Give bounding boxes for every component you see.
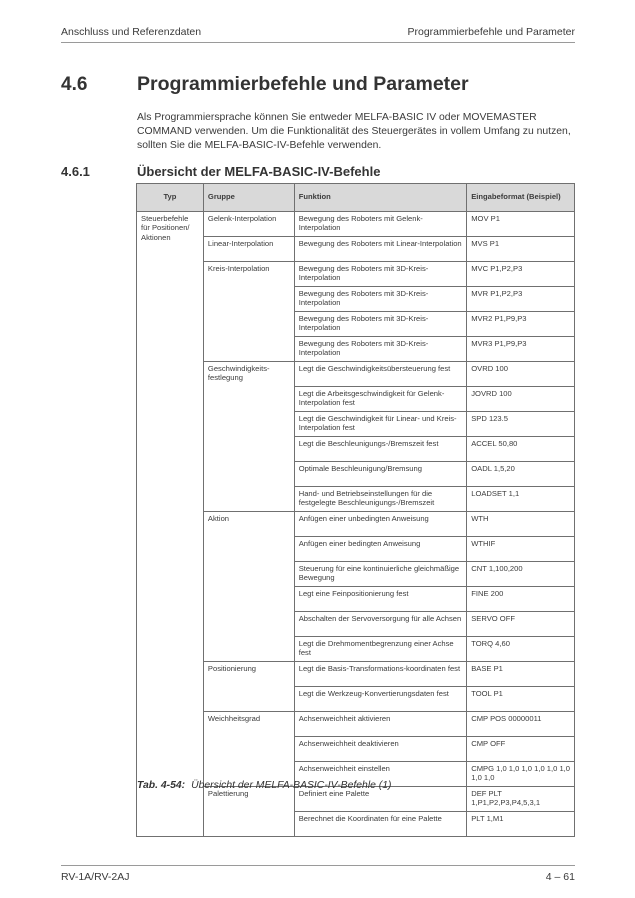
cell-funktion: Bewegung des Roboters mit 3D-Kreis-Inter… — [294, 287, 467, 312]
cell-eingabeformat: MVC P1,P2,P3 — [467, 262, 575, 287]
caption-text: Übersicht der MELFA-BASIC-IV-Befehle (1) — [191, 780, 391, 791]
cell-gruppe: Weichheitsgrad — [203, 712, 294, 787]
cell-gruppe: Linear-Interpolation — [203, 237, 294, 262]
cell-funktion: Bewegung des Roboters mit 3D-Kreis-Inter… — [294, 312, 467, 337]
column-header-eingabeformat: Eingabeformat (Beispiel) — [467, 184, 575, 212]
cell-eingabeformat: SERVO OFF — [467, 612, 575, 637]
cell-eingabeformat: CNT 1,100,200 — [467, 562, 575, 587]
cell-funktion: Optimale Beschleunigung/Bremsung — [294, 462, 467, 487]
cell-eingabeformat: MOV P1 — [467, 212, 575, 237]
cell-funktion: Legt die Geschwindigkeitsübersteuerung f… — [294, 362, 467, 387]
table-body: Steuerbefehle für Positionen/ AktionenGe… — [137, 212, 575, 837]
section-number: 4.6 — [61, 74, 87, 96]
cell-gruppe: Kreis-Interpolation — [203, 262, 294, 362]
cell-eingabeformat: OVRD 100 — [467, 362, 575, 387]
cell-eingabeformat: DEF PLT 1,P1,P2,P3,P4,5,3,1 — [467, 787, 575, 812]
cell-eingabeformat: MVR3 P1,P9,P3 — [467, 337, 575, 362]
cell-gruppe: Positionierung — [203, 662, 294, 712]
cell-funktion: Legt die Werkzeug-Konvertierungsdaten fe… — [294, 687, 467, 712]
section-title: Programmierbefehle und Parameter — [137, 73, 469, 96]
running-header: Anschluss und Referenzdaten Programmierb… — [61, 24, 575, 43]
cell-eingabeformat: BASE P1 — [467, 662, 575, 687]
cell-eingabeformat: CMP POS 00000011 — [467, 712, 575, 737]
cell-funktion: Legt die Drehmomentbegrenzung einer Achs… — [294, 637, 467, 662]
table-row: Steuerbefehle für Positionen/ AktionenGe… — [137, 212, 575, 237]
cell-eingabeformat: TORQ 4,60 — [467, 637, 575, 662]
cell-eingabeformat: CMPG 1,0 1,0 1,0 1,0 1,0 1,0 1,0 1,0 — [467, 762, 575, 787]
cell-funktion: Berechnet die Koordinaten für eine Palet… — [294, 812, 467, 837]
table-caption: Tab. 4-54:Übersicht der MELFA-BASIC-IV-B… — [137, 780, 392, 791]
footer-model: RV-1A/RV-2AJ — [61, 871, 129, 883]
cell-eingabeformat: MVR2 P1,P9,P3 — [467, 312, 575, 337]
cell-funktion: Legt die Beschleunigungs-/Bremszeit fest — [294, 437, 467, 462]
cell-eingabeformat: WTHIF — [467, 537, 575, 562]
cell-eingabeformat: MVS P1 — [467, 237, 575, 262]
cell-funktion: Legt die Arbeitsgeschwindigkeit für Gele… — [294, 387, 467, 412]
cell-gruppe: Aktion — [203, 512, 294, 662]
column-header-gruppe: Gruppe — [203, 184, 294, 212]
cell-eingabeformat: WTH — [467, 512, 575, 537]
cell-funktion: Bewegung des Roboters mit 3D-Kreis-Inter… — [294, 337, 467, 362]
cell-funktion: Anfügen einer unbedingten Anweisung — [294, 512, 467, 537]
cell-gruppe: Palettierung — [203, 787, 294, 837]
cell-eingabeformat: TOOL P1 — [467, 687, 575, 712]
page-number: 4 – 61 — [546, 871, 575, 883]
cell-eingabeformat: SPD 123.5 — [467, 412, 575, 437]
cell-typ: Steuerbefehle für Positionen/ Aktionen — [137, 212, 204, 837]
cell-eingabeformat: ACCEL 50,80 — [467, 437, 575, 462]
cell-funktion: Achsenweichheit aktivieren — [294, 712, 467, 737]
header-chapter: Anschluss und Referenzdaten — [61, 26, 201, 38]
cell-eingabeformat: MVR P1,P2,P3 — [467, 287, 575, 312]
cell-gruppe: Gelenk-Interpolation — [203, 212, 294, 237]
cell-eingabeformat: PLT 1,M1 — [467, 812, 575, 837]
cell-funktion: Legt eine Feinpositionierung fest — [294, 587, 467, 612]
caption-label: Tab. 4-54: — [137, 780, 185, 791]
cell-funktion: Hand- und Betriebseinstellungen für die … — [294, 487, 467, 512]
cell-funktion: Steuerung für eine kontinuierliche gleic… — [294, 562, 467, 587]
running-footer: RV-1A/RV-2AJ 4 – 61 — [61, 865, 575, 886]
cell-funktion: Abschalten der Servoversorgung für alle … — [294, 612, 467, 637]
cell-eingabeformat: LOADSET 1,1 — [467, 487, 575, 512]
cell-eingabeformat: FINE 200 — [467, 587, 575, 612]
cell-funktion: Achsenweichheit deaktivieren — [294, 737, 467, 762]
cell-funktion: Bewegung des Roboters mit Gelenk-Interpo… — [294, 212, 467, 237]
command-table: Typ Gruppe Funktion Eingabeformat (Beisp… — [136, 183, 575, 837]
column-header-funktion: Funktion — [294, 184, 467, 212]
cell-gruppe: Geschwindigkeits-festlegung — [203, 362, 294, 512]
subsection-title: Übersicht der MELFA-BASIC-IV-Befehle — [137, 164, 380, 179]
cell-eingabeformat: OADL 1,5,20 — [467, 462, 575, 487]
header-section: Programmierbefehle und Parameter — [408, 26, 576, 38]
cell-funktion: Legt die Basis-Transformations-koordinat… — [294, 662, 467, 687]
table-header-row: Typ Gruppe Funktion Eingabeformat (Beisp… — [137, 184, 575, 212]
cell-eingabeformat: CMP OFF — [467, 737, 575, 762]
cell-funktion: Bewegung des Roboters mit 3D-Kreis-Inter… — [294, 262, 467, 287]
cell-funktion: Bewegung des Roboters mit Linear-Interpo… — [294, 237, 467, 262]
column-header-typ: Typ — [137, 184, 204, 212]
cell-eingabeformat: JOVRD 100 — [467, 387, 575, 412]
cell-funktion: Anfügen einer bedingten Anweisung — [294, 537, 467, 562]
subsection-number: 4.6.1 — [61, 164, 90, 179]
cell-funktion: Legt die Geschwindigkeit für Linear- und… — [294, 412, 467, 437]
intro-paragraph: Als Programmiersprache können Sie entwed… — [137, 111, 577, 153]
